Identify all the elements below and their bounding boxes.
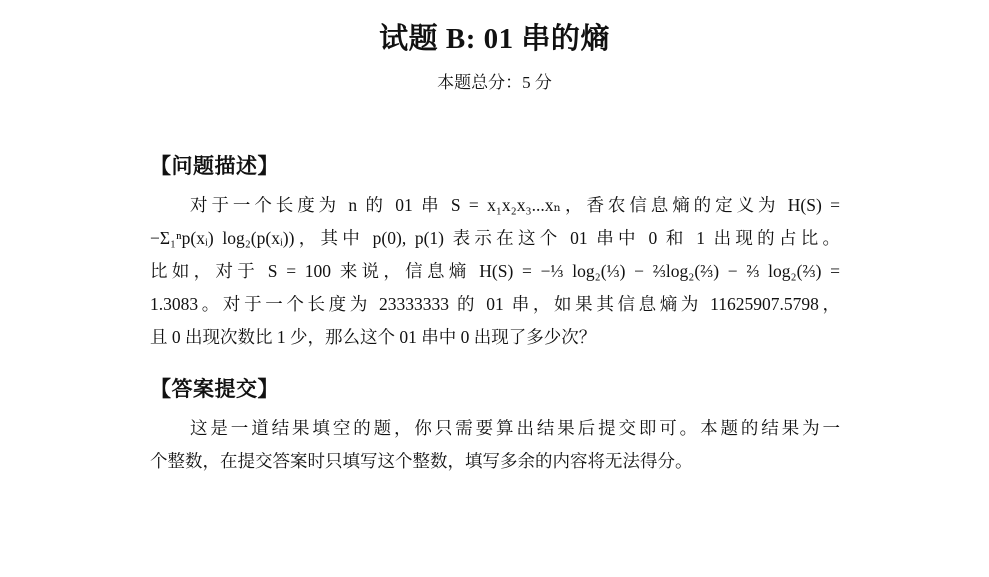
description-line: 比如，对于 S = 100 来说，信息熵 H(S) = −⅓ log₂(⅓) −… [150,255,840,288]
submission-instructions: 这是一道结果填空的题，你只需要算出结果后提交即可。本题的结果为一 个整数，在提交… [150,412,840,478]
problem-description: 对于一个长度为 n 的 01 串 S = x₁x₂x₃...xₙ，香农信息熵的定… [150,189,840,354]
description-line: 1.3083。对于一个长度为 23333333 的 01 串，如果其信息熵为 1… [150,288,840,321]
submission-line: 个整数，在提交答案时只填写这个整数，填写多余的内容将无法得分。 [150,445,840,478]
section-heading-description: 【问题描述】 [150,150,279,180]
submission-line: 这是一道结果填空的题，你只需要算出结果后提交即可。本题的结果为一 [150,412,840,445]
description-line: −Σ₁ⁿp(xᵢ) log₂(p(xᵢ))，其中 p(0), p(1) 表示在这… [150,222,840,255]
description-line: 对于一个长度为 n 的 01 串 S = x₁x₂x₃...xₙ，香农信息熵的定… [150,189,840,222]
section-heading-submission: 【答案提交】 [150,373,279,403]
exam-page: 试题 B: 01 串的熵 本题总分：5 分 【问题描述】 对于一个长度为 n 的… [0,0,989,577]
description-line: 且 0 出现次数比 1 少，那么这个 01 串中 0 出现了多少次？ [150,321,840,354]
problem-score: 本题总分：5 分 [0,68,989,93]
problem-title: 试题 B: 01 串的熵 [0,16,989,57]
